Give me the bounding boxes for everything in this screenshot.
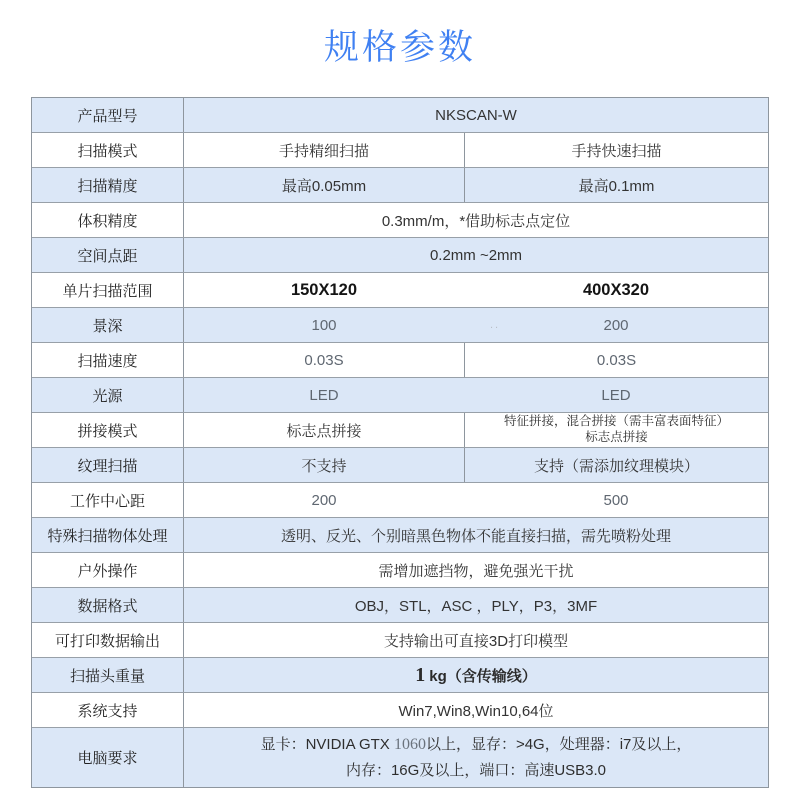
volumetric-accuracy-value: 0.3mm/m，*借助标志点定位 <box>184 203 768 237</box>
single-scan-range-right: 400X320 <box>464 273 768 307</box>
row-label-scanner-weight: 扫描头重量 <box>32 658 184 692</box>
row-label-volumetric-accuracy: 体积精度 <box>32 203 184 237</box>
row-label-product-model: 产品型号 <box>32 98 184 132</box>
alignment-mode-left: 标志点拼接 <box>184 413 464 447</box>
computer-requirements-line1-pre: 显卡：NVIDIA GTX <box>261 736 394 753</box>
scanner-weight-rest: kg（含传输线） <box>429 665 537 686</box>
table-row-alignment-mode: 拼接模式 标志点拼接 特征拼接，混合拼接（需丰富表面特征） 标志点拼接 <box>32 413 768 448</box>
table-row-system-support: 系统支持 Win7,Win8,Win10,64位 <box>32 693 768 728</box>
row-label-point-spacing: 空间点距 <box>32 238 184 272</box>
row-label-scan-mode: 扫描模式 <box>32 133 184 167</box>
row-label-scan-accuracy: 扫描精度 <box>32 168 184 202</box>
table-row-product-model: 产品型号 NKSCAN-W <box>32 98 768 133</box>
table-row-single-scan-range: 单片扫描范围 150X120 400X320 <box>32 273 768 308</box>
system-support-value: Win7,Win8,Win10,64位 <box>184 693 768 727</box>
scan-mode-right: 手持快速扫描 <box>464 133 768 167</box>
table-row-working-distance: 工作中心距 200 500 <box>32 483 768 518</box>
scan-speed-left: 0.03S <box>184 343 464 377</box>
table-row-printable-output: 可打印数据输出 支持输出可直接3D打印模型 <box>32 623 768 658</box>
row-label-computer-requirements: 电脑要求 <box>32 728 184 787</box>
depth-of-field-left: 100 <box>184 308 464 342</box>
printable-output-value: 支持输出可直接3D打印模型 <box>184 623 768 657</box>
table-row-computer-requirements: 电脑要求 显卡：NVIDIA GTX 1060以上，显存：>4G，处理器：i7及… <box>32 728 768 787</box>
point-spacing-value: 0.2mm ~2mm <box>184 238 768 272</box>
row-label-scan-speed: 扫描速度 <box>32 343 184 377</box>
texture-scan-left: 不支持 <box>184 448 464 482</box>
row-label-printable-output: 可打印数据输出 <box>32 623 184 657</box>
page-title: 规格参数 <box>0 20 800 70</box>
row-label-outdoor-operation: 户外操作 <box>32 553 184 587</box>
special-object-handling-value: 透明、反光、个别暗黑色物体不能直接扫描，需先喷粉处理 <box>184 518 768 552</box>
row-label-system-support: 系统支持 <box>32 693 184 727</box>
row-label-data-format: 数据格式 <box>32 588 184 622</box>
scan-accuracy-right: 最高0.1mm <box>464 168 768 202</box>
row-label-working-distance: 工作中心距 <box>32 483 184 517</box>
row-value-product-model: NKSCAN-W <box>184 98 768 132</box>
table-row-data-format: 数据格式 OBJ，STL，ASC ，PLY，P3，3MF <box>32 588 768 623</box>
scan-mode-left: 手持精细扫描 <box>184 133 464 167</box>
alignment-mode-right-line2: 标志点拼接 <box>585 430 648 446</box>
texture-scan-right: 支持（需添加纹理模块） <box>464 448 768 482</box>
computer-requirements-line2: 内存：16G及以上，端口：高速USB3.0 <box>346 758 606 784</box>
row-label-special-object-handling: 特殊扫描物体处理 <box>32 518 184 552</box>
single-scan-range-left: 150X120 <box>184 273 464 307</box>
scan-speed-right: 0.03S <box>464 343 768 377</box>
alignment-mode-right: 特征拼接，混合拼接（需丰富表面特征） 标志点拼接 <box>464 413 768 447</box>
row-label-texture-scan: 纹理扫描 <box>32 448 184 482</box>
computer-requirements-line1: 显卡：NVIDIA GTX 1060以上，显存：>4G，处理器：i7及以上， <box>261 731 692 758</box>
table-row-scanner-weight: 扫描头重量 1 kg（含传输线） <box>32 658 768 693</box>
working-distance-left: 200 <box>184 483 464 517</box>
light-source-right: LED <box>464 378 768 412</box>
scanner-weight-value: 1 kg（含传输线） <box>184 658 768 692</box>
working-distance-right: 500 <box>464 483 768 517</box>
row-label-alignment-mode: 拼接模式 <box>32 413 184 447</box>
light-source-left: LED <box>184 378 464 412</box>
table-row-scan-accuracy: 扫描精度 最高0.05mm 最高0.1mm <box>32 168 768 203</box>
table-row-scan-speed: 扫描速度 0.03S 0.03S <box>32 343 768 378</box>
watermark-dots: .. <box>490 319 500 331</box>
data-format-value: OBJ，STL，ASC ，PLY，P3，3MF <box>184 588 768 622</box>
computer-requirements-value: 显卡：NVIDIA GTX 1060以上，显存：>4G，处理器：i7及以上， 内… <box>184 728 768 787</box>
scanner-weight-number: 1 <box>415 664 425 687</box>
table-row-light-source: 光源 LED LED <box>32 378 768 413</box>
row-label-light-source: 光源 <box>32 378 184 412</box>
row-label-depth-of-field: 景深 <box>32 308 184 342</box>
row-label-single-scan-range: 单片扫描范围 <box>32 273 184 307</box>
table-row-point-spacing: 空间点距 0.2mm ~2mm <box>32 238 768 273</box>
table-row-depth-of-field: 景深 100 200 .. <box>32 308 768 343</box>
outdoor-operation-value: 需增加遮挡物，避免强光干扰 <box>184 553 768 587</box>
alignment-mode-right-line1: 特征拼接，混合拼接（需丰富表面特征） <box>504 414 729 430</box>
table-row-volumetric-accuracy: 体积精度 0.3mm/m，*借助标志点定位 <box>32 203 768 238</box>
computer-requirements-line1-post: 以上，显存：>4G，处理器：i7及以上， <box>426 736 691 753</box>
computer-requirements-gpu-number: 1060 <box>394 736 426 753</box>
spec-table: 产品型号 NKSCAN-W 扫描模式 手持精细扫描 手持快速扫描 扫描精度 最高… <box>31 97 769 788</box>
table-row-outdoor-operation: 户外操作 需增加遮挡物，避免强光干扰 <box>32 553 768 588</box>
depth-of-field-right: 200 <box>464 308 768 342</box>
table-row-scan-mode: 扫描模式 手持精细扫描 手持快速扫描 <box>32 133 768 168</box>
scan-accuracy-left: 最高0.05mm <box>184 168 464 202</box>
table-row-special-object-handling: 特殊扫描物体处理 透明、反光、个别暗黑色物体不能直接扫描，需先喷粉处理 <box>32 518 768 553</box>
table-row-texture-scan: 纹理扫描 不支持 支持（需添加纹理模块） <box>32 448 768 483</box>
